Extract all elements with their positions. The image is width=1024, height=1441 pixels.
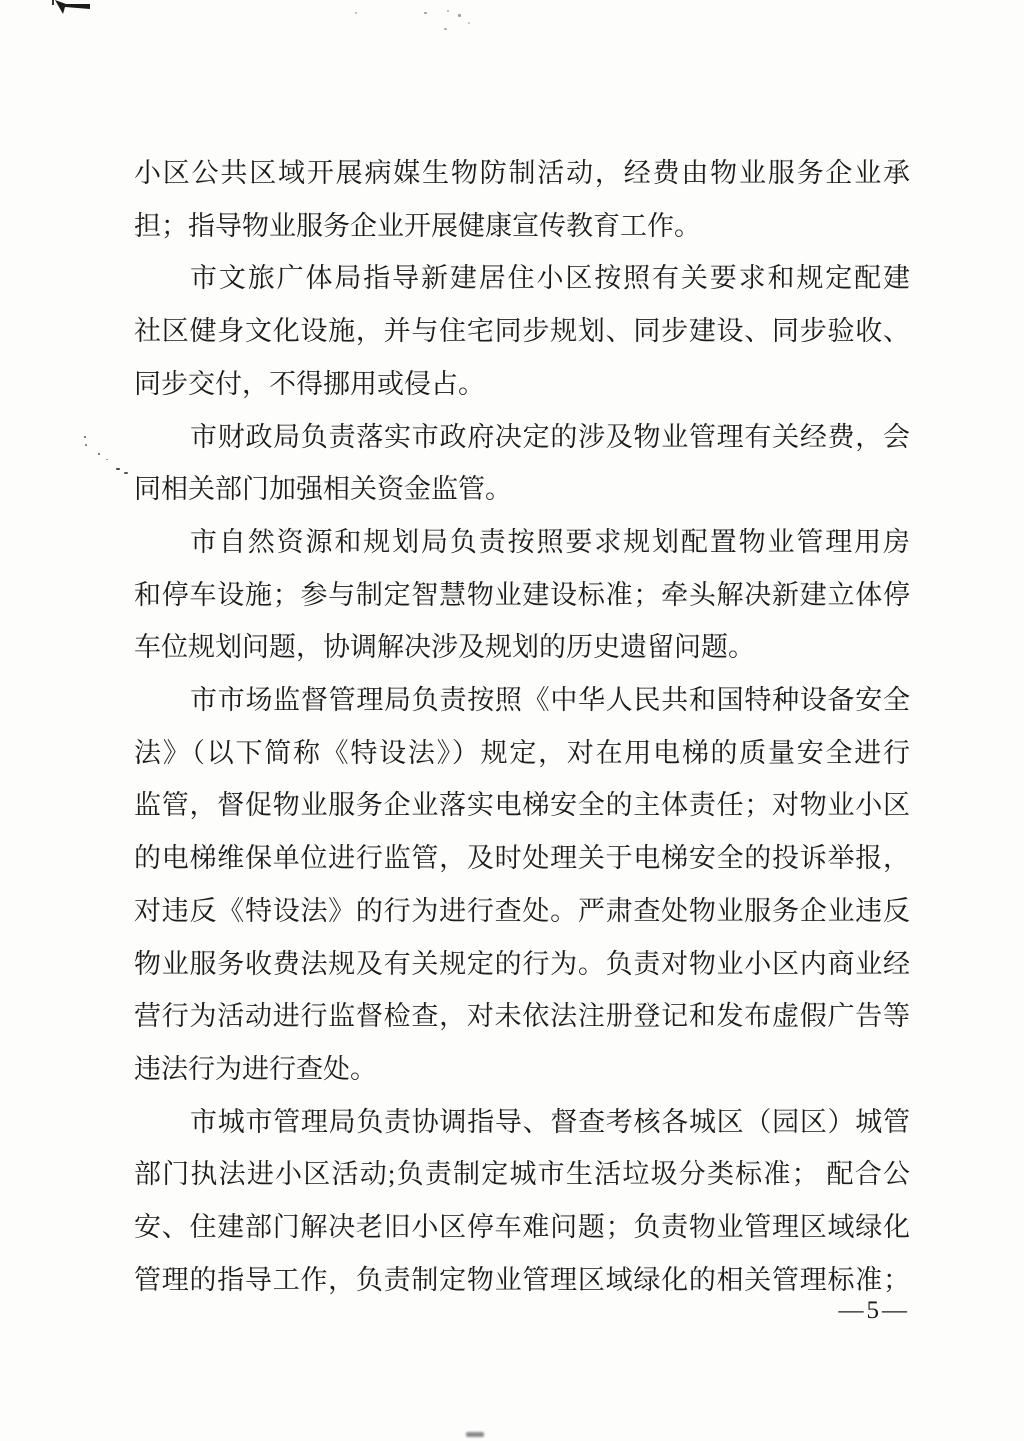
text-line: 小区公共区域开展病媒生物防制活动，经费由物业服务企业承	[134, 147, 910, 200]
text-line: 市财政局负责落实市政府决定的涉及物业管理有关经费，会	[134, 411, 910, 464]
text-line: 和停车设施；参与制定智慧物业建设标准；牵头解决新建立体停	[134, 569, 910, 622]
scan-artifact-speck	[84, 436, 86, 438]
text-line: 同相关部门加强相关资金监管。	[134, 463, 910, 516]
scan-artifact-speck	[98, 453, 100, 455]
scan-artifact-speck	[468, 22, 470, 24]
text-line: 担；指导物业服务企业开展健康宣传教育工作。	[134, 200, 910, 253]
text-line: 同步交付，不得挪用或侵占。	[134, 358, 910, 411]
text-line: 的电梯维保单位进行监管，及时处理关于电梯安全的投诉举报，	[134, 832, 910, 885]
scan-artifact-bottom-smudge	[466, 1432, 484, 1437]
text-line: 市城市管理局负责协调指导、督查考核各城区（园区）城管	[134, 1096, 910, 1149]
text-line: 监管，督促物业服务企业落实电梯安全的主体责任；对物业小区	[134, 779, 910, 832]
text-line: 车位规划问题，协调解决涉及规划的历史遗留问题。	[134, 621, 910, 674]
text-line: 违法行为进行查处。	[134, 1043, 910, 1096]
scan-artifact-speck	[424, 12, 427, 14]
text-line: 社区健身文化设施，并与住宅同步规划、同步建设、同步验收、	[134, 305, 910, 358]
text-line: 市文旅广体局指导新建居住小区按照有关要求和规定配建	[134, 252, 910, 305]
scan-artifact-speck	[124, 472, 128, 474]
text-line: 部门执法进小区活动;负责制定城市生活垃圾分类标准； 配合公	[134, 1148, 910, 1201]
scan-artifact-speck	[355, 12, 357, 14]
scan-artifact-speck	[458, 14, 461, 17]
scan-artifact-topleft-ink-mark	[48, 0, 92, 22]
scan-artifact-speck	[85, 444, 87, 446]
text-line: 营行为活动进行监督检查，对未依法注册登记和发布虚假广告等	[134, 990, 910, 1043]
page-number: —5—	[839, 1297, 911, 1325]
text-line: 对违反《特设法》的行为进行查处。严肃查处物业服务企业违反	[134, 885, 910, 938]
text-line: 法》（以下简称《特设法》）规定，对在用电梯的质量安全进行	[134, 727, 910, 780]
text-line: 市自然资源和规划局负责按照要求规划配置物业管理用房	[134, 516, 910, 569]
text-line: 管理的指导工作，负责制定物业管理区域绿化的相关管理标准；	[134, 1254, 910, 1307]
text-line: 物业服务收费法规及有关规定的行为。负责对物业小区内商业经	[134, 938, 910, 991]
text-line: 安、住建部门解决老旧小区停车难问题；负责物业管理区域绿化	[134, 1201, 910, 1254]
text-line: 市市场监督管理局负责按照《中华人民共和国特种设备安全	[134, 674, 910, 727]
scan-artifact-speck	[116, 468, 120, 470]
scan-artifact-speck	[447, 10, 449, 12]
scan-artifact-speck	[106, 459, 108, 460]
scan-artifact-speck	[444, 28, 447, 30]
document-body: 小区公共区域开展病媒生物防制活动，经费由物业服务企业承 担；指导物业服务企业开展…	[134, 147, 910, 1306]
scanned-document-page: 小区公共区域开展病媒生物防制活动，经费由物业服务企业承 担；指导物业服务企业开展…	[0, 0, 1024, 1441]
